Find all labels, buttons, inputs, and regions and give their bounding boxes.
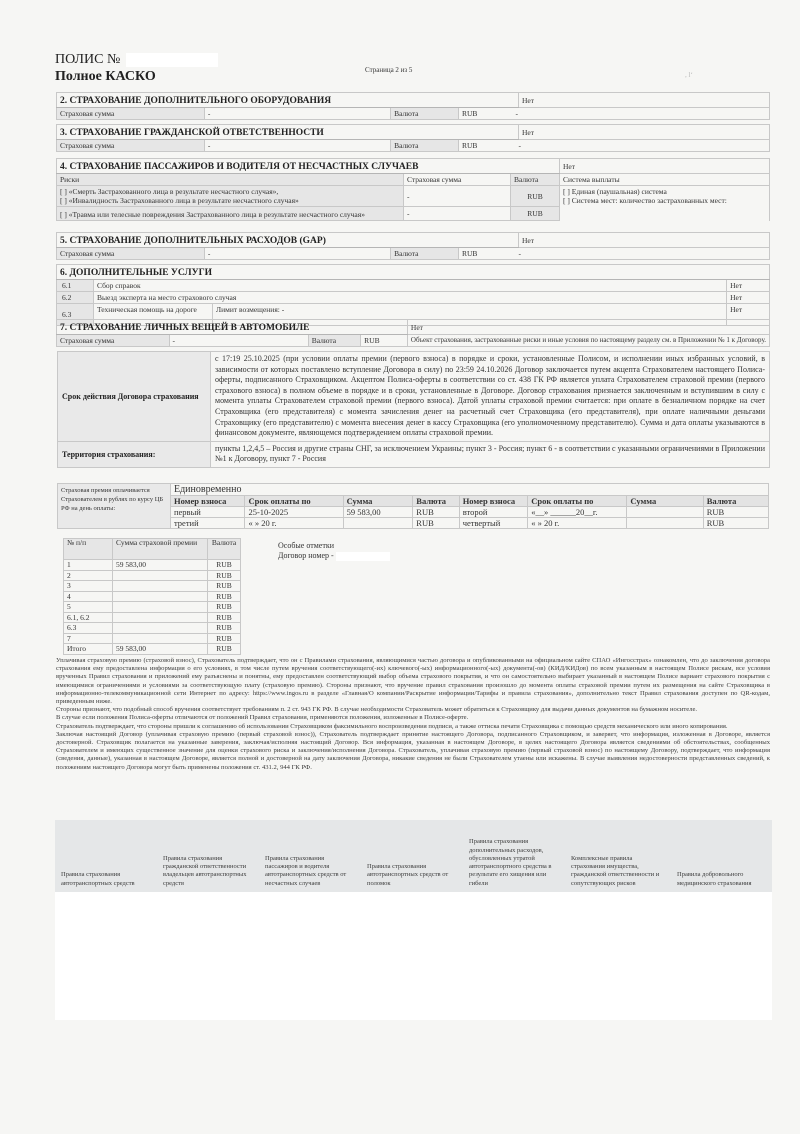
section-4-risk-sum: - [404,186,511,207]
payment-description: Страховая премия оплачивается Страховате… [58,484,171,529]
policy-number-line: ПОЛИС № [55,52,218,68]
payment-cell [627,518,703,529]
premium-number: 7 [64,633,113,644]
premium-currency: RUB [208,644,241,655]
contract-period-label: Срок действия Договора страхования [58,352,211,442]
payment-cell: RUB [413,507,459,518]
contract-period-text: с 17:19 25.10.2025 (при условии оплаты п… [211,352,770,442]
section-5-title: 5. СТРАХОВАНИЕ ДОПОЛНИТЕЛЬНЫХ РАСХОДОВ (… [57,233,519,248]
special-marks-title: Особые отметки [278,541,390,551]
section-2-status: Нет [519,93,770,108]
section-5-sum-label: Страховая сумма [57,248,205,260]
section-3-status: Нет [519,125,770,140]
section-3-title: 3. СТРАХОВАНИЕ ГРАЖДАНСКОЙ ОТВЕТСТВЕННОС… [57,125,519,140]
premium-sum [113,602,208,613]
premium-sum [113,591,208,602]
payment-cell: второй [459,507,528,518]
policy-number-redacted [126,53,218,67]
premium-currency: RUB [208,591,241,602]
insurance-rules-item: Правила добровольного медицинского страх… [671,871,772,892]
premium-sum [113,581,208,592]
section-7-sum-label: Страховая сумма [57,335,170,347]
premium-sum: 59 583,00 [113,644,208,655]
legal-paragraph: Страхователь подтверждает, что стороны п… [56,723,770,731]
payment-mode: Единовременно [170,484,768,496]
section-4-col-sum: Страховая сумма [404,174,511,186]
premium-number: 5 [64,602,113,613]
section-4-status: Нет [560,159,770,174]
premium-row: 7RUB [64,633,241,644]
insurance-rules-item: Правила страхования гражданской ответств… [157,855,259,892]
payment-cell: четвертый [459,518,528,529]
premium-row: 4RUB [64,591,241,602]
premium-number: 6.3 [64,623,113,634]
premium-row: 159 583,00RUB [64,560,241,571]
payment-cell [627,507,703,518]
service-number: 6.1 [57,280,94,292]
premium-number: 4 [64,591,113,602]
section-4-col-payment-system: Система выплаты [560,174,770,186]
section-2-sum-value: - [204,108,390,120]
section-7-table: 7. СТРАХОВАНИЕ ЛИЧНЫХ ВЕЩЕЙ В АВТОМОБИЛЕ… [56,319,770,347]
section-2-table: 2. СТРАХОВАНИЕ ДОПОЛНИТЕЛЬНОГО ОБОРУДОВА… [56,92,770,120]
premium-row: Итого59 583,00RUB [64,644,241,655]
section-4-payment-options: [ ] Единая (паушальная) система [ ] Сист… [560,186,770,221]
premium-currency: RUB [208,612,241,623]
insurance-rules-item: Правила страхования дополнительных расхо… [463,838,565,892]
payment-col-header: Срок оплаты по [528,496,627,507]
premium-col-sum: Сумма страховой премии [113,539,208,560]
premium-sum: 59 583,00 [113,560,208,571]
payment-col-header: Срок оплаты по [245,496,343,507]
section-3-sum-value: - [204,140,390,152]
premium-currency: RUB [208,570,241,581]
section-7-currency-label: Валюта [308,335,360,347]
policy-header: ПОЛИС № Полное КАСКО [55,52,218,85]
special-marks: Особые отметки Договор номер - [278,541,390,561]
section-4-col-risks: Риски [57,174,404,186]
section-5-sum-value: - [204,248,390,260]
scan-mark: , l‘ [685,71,693,79]
section-4-risk-row: [ ] «Травма или телесные повреждения Зас… [57,207,404,221]
legal-paragraph: В случае если положения Полиса-оферты от… [56,714,770,722]
payment-cell: третий [170,518,244,529]
section-7-status: Нет [407,320,769,335]
premium-number: 2 [64,570,113,581]
insurance-rules-strip: Правила страхования автотранспортных сре… [55,820,772,892]
premium-number: 3 [64,581,113,592]
premium-col-number: № п/п [64,539,113,560]
territory-text: пункты 1,2,4,5 – Россия и другие страны … [211,441,770,467]
premium-currency: RUB [208,623,241,634]
section-2-title: 2. СТРАХОВАНИЕ ДОПОЛНИТЕЛЬНОГО ОБОРУДОВА… [57,93,519,108]
payment-cell: первый [170,507,244,518]
payment-schedule-table: Страховая премия оплачивается Страховате… [57,483,769,529]
premium-sum [113,612,208,623]
section-5-status: Нет [519,233,770,248]
section-2-note: - [519,108,770,120]
contract-period-table: Срок действия Договора страхования с 17:… [57,351,770,468]
section-5-note: - [519,248,770,260]
policy-type: Полное КАСКО [55,69,218,85]
page-number: Страница 2 из 5 [365,66,412,74]
premium-currency: RUB [208,633,241,644]
payment-cell: 59 583,00 [343,507,413,518]
payment-col-header: Сумма [343,496,413,507]
service-status: Нет [727,292,770,304]
premium-sum [113,623,208,634]
legal-paragraph: Заключая настоящий Договор (уплачивая ст… [56,731,770,772]
payment-cell: RUB [703,507,768,518]
legal-text: Уплачивая страховую премию (страховой вз… [56,657,770,772]
section-5-currency-value: RUB [458,248,518,260]
section-3-table: 3. СТРАХОВАНИЕ ГРАЖДАНСКОЙ ОТВЕТСТВЕННОС… [56,124,770,152]
payment-cell: RUB [703,518,768,529]
premium-currency: RUB [208,560,241,571]
payment-col-header: Валюта [703,496,768,507]
service-name: Сбор справок [94,280,727,292]
section-7-sum-value: - [169,335,308,347]
premium-currency: RUB [208,581,241,592]
section-4-risk-sum: - [404,207,511,221]
section-4-col-currency: Валюта [511,174,560,186]
section-4-risk-currency: RUB [511,207,560,221]
territory-label: Территория страхования: [58,441,211,467]
section-3-currency-label: Валюта [391,140,459,152]
legal-paragraph: Уплачивая страховую премию (страховой вз… [56,657,770,706]
premium-col-currency: Валюта [208,539,241,560]
section-2-sum-label: Страховая сумма [57,108,205,120]
payment-cell: «__» ______20__г. [528,507,627,518]
premium-header-row: № п/п Сумма страховой премии Валюта [64,539,241,560]
payment-cell: « » 20 г. [245,518,343,529]
insurance-rules-item: Правила страхования автотранспортных сре… [55,871,157,892]
section-4-risk-row: [ ] «Смерть Застрахованного лица в резул… [57,186,404,207]
premium-row: 2RUB [64,570,241,581]
payment-col-header: Сумма [627,496,703,507]
section-3-currency-value: RUB [458,140,518,152]
payment-col-header: Валюта [413,496,459,507]
section-6-table: 6. ДОПОЛНИТЕЛЬНЫЕ УСЛУГИ 6.1 Сбор справо… [56,264,770,326]
insurance-rules-item: Правила страхования пассажиров и водител… [259,855,361,892]
section-4-title: 4. СТРАХОВАНИЕ ПАССАЖИРОВ И ВОДИТЕЛЯ ОТ … [57,159,560,174]
section-4-risk-currency: RUB [511,186,560,207]
section-4-table: 4. СТРАХОВАНИЕ ПАССАЖИРОВ И ВОДИТЕЛЯ ОТ … [56,158,770,221]
service-status: Нет [727,280,770,292]
section-7-currency-value: RUB [361,335,408,347]
section-2-currency-label: Валюта [391,108,459,120]
section-5-table: 5. СТРАХОВАНИЕ ДОПОЛНИТЕЛЬНЫХ РАСХОДОВ (… [56,232,770,260]
section-7-title: 7. СТРАХОВАНИЕ ЛИЧНЫХ ВЕЩЕЙ В АВТОМОБИЛЕ [57,320,408,335]
payment-cell [343,518,413,529]
section-5-currency-label: Валюта [391,248,459,260]
premium-sum [113,633,208,644]
payment-col-header: Номер взноса [459,496,528,507]
payment-cell: 25-10-2025 [245,507,343,518]
service-name: Выезд эксперта на место страхового случа… [94,292,727,304]
premium-currency: RUB [208,602,241,613]
premium-number: 6.1, 6.2 [64,612,113,623]
contract-number-line: Договор номер - [278,551,390,561]
contract-number-redacted [336,552,390,561]
legal-paragraph: Стороны признают, что подобный способ вр… [56,706,770,714]
section-7-note: Объект страхования, застрахованные риски… [407,335,769,347]
section-6-title: 6. ДОПОЛНИТЕЛЬНЫЕ УСЛУГИ [57,265,770,280]
policy-number-label: ПОЛИС № [55,52,120,68]
premium-table: № п/п Сумма страховой премии Валюта 159 … [63,538,241,655]
qr-codes-area [55,892,772,1020]
premium-row: 6.3RUB [64,623,241,634]
section-3-sum-label: Страховая сумма [57,140,205,152]
service-number: 6.2 [57,292,94,304]
premium-row: 5RUB [64,602,241,613]
premium-sum [113,570,208,581]
premium-number: 1 [64,560,113,571]
premium-row: 3RUB [64,581,241,592]
payment-col-header: Номер взноса [170,496,244,507]
insurance-rules-item: Правила страхования автотранспортных сре… [361,863,463,892]
premium-row: 6.1, 6.2RUB [64,612,241,623]
payment-cell: « » 20 г. [528,518,627,529]
section-2-currency-value: RUB [458,108,518,120]
payment-cell: RUB [413,518,459,529]
premium-number: Итого [64,644,113,655]
policy-page: ПОЛИС № Полное КАСКО Страница 2 из 5 , l… [0,0,800,1134]
insurance-rules-item: Комплексные правила страхования имуществ… [565,855,671,892]
section-3-note: - [519,140,770,152]
